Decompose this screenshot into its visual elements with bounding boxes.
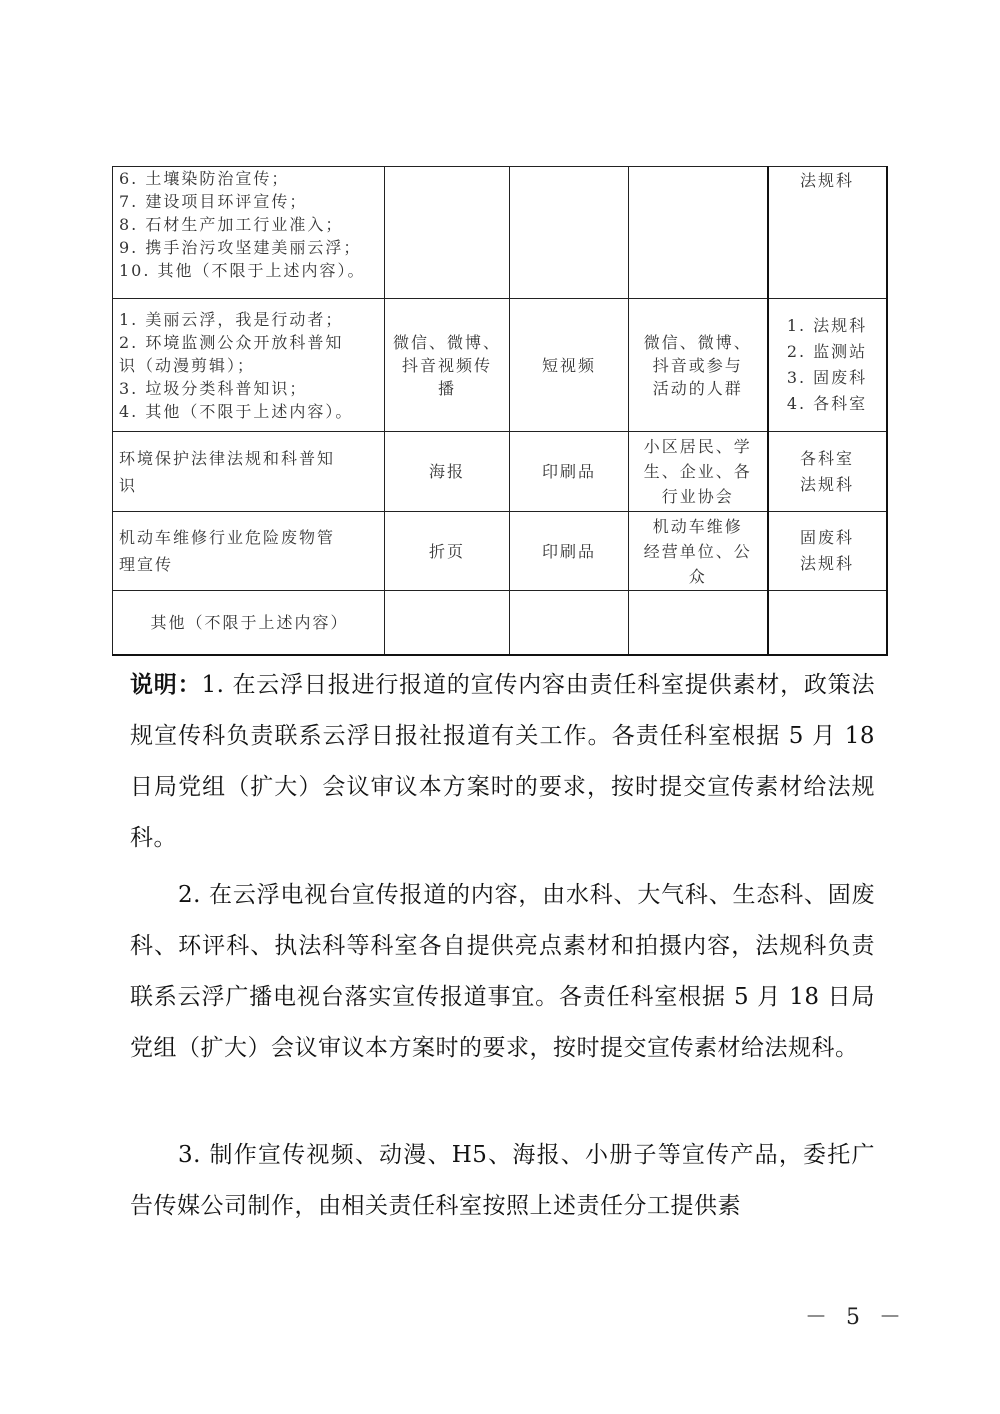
- audience-line: 机动车维修: [629, 514, 767, 539]
- content-line: 8. 石材生产加工行业准入；: [119, 213, 380, 236]
- content-line: 2. 环境监测公众开放科普知: [119, 331, 380, 354]
- note-1: 说明：1. 在云浮日报进行报道的宣传内容由责任科室提供素材，政策法规宣传科负责联…: [130, 660, 875, 864]
- content-cell: 其他（不限于上述内容）: [113, 591, 385, 655]
- department-cell: 法规科: [768, 167, 887, 299]
- channel-cell: 海报: [385, 432, 510, 512]
- content-line: 4. 其他（不限于上述内容）。: [119, 400, 380, 423]
- audience-cell: [629, 591, 768, 655]
- channel-cell: 折页: [385, 512, 510, 591]
- channel-line: 抖音视频传: [385, 354, 509, 377]
- content-line: 10. 其他（不限于上述内容）。: [119, 259, 380, 282]
- form-cell: [510, 167, 629, 299]
- audience-line: 众: [629, 564, 767, 589]
- form-cell: 印刷品: [510, 432, 629, 512]
- notes-label: 说明：: [130, 672, 201, 698]
- audience-line: 活动的人群: [629, 377, 767, 400]
- channel-line: 播: [385, 377, 509, 400]
- note-2: 2. 在云浮电视台宣传报道的内容，由水科、大气科、生态科、固废科、环评科、执法科…: [130, 870, 875, 1074]
- table-row: 机动车维修行业危险废物管 理宣传 折页 印刷品 机动车维修 经营单位、公 众 固…: [113, 512, 887, 591]
- content-line: 理宣传: [119, 551, 380, 578]
- department-cell: [768, 591, 887, 655]
- content-cell: 机动车维修行业危险废物管 理宣传: [113, 512, 385, 591]
- department-line: 各科室: [769, 446, 886, 472]
- audience-line: 小区居民、学: [629, 434, 767, 459]
- content-cell: 环境保护法律法规和科普知 识: [113, 432, 385, 512]
- content-line: 6. 土壤染防治宣传；: [119, 167, 380, 190]
- department-cell: 固废科 法规科: [768, 512, 887, 591]
- form-cell: [510, 591, 629, 655]
- content-line: 3. 垃圾分类科普知识；: [119, 377, 380, 400]
- department-line: 4. 各科室: [769, 391, 886, 417]
- content-cell: 6. 土壤染防治宣传； 7. 建设项目环评宣传； 8. 石材生产加工行业准入； …: [113, 167, 385, 299]
- channel-cell: 微信、微博、 抖音视频传 播: [385, 299, 510, 432]
- content-line: 9. 携手治污攻坚建美丽云浮；: [119, 236, 380, 259]
- channel-line: 微信、微博、: [385, 331, 509, 354]
- content-line: 机动车维修行业危险废物管: [119, 524, 380, 551]
- audience-line: 微信、微博、: [629, 331, 767, 354]
- audience-line: 行业协会: [629, 484, 767, 509]
- content-line: 环境保护法律法规和科普知: [119, 445, 380, 472]
- department-line: 法规科: [769, 472, 886, 498]
- content-line: 1. 美丽云浮，我是行动者；: [119, 308, 380, 331]
- note-3: 3. 制作宣传视频、动漫、H5、海报、小册子等宣传产品，委托广告传媒公司制作，由…: [130, 1130, 875, 1232]
- department-line: 固废科: [769, 525, 886, 551]
- form-cell: 印刷品: [510, 512, 629, 591]
- table-row: 环境保护法律法规和科普知 识 海报 印刷品 小区居民、学 生、企业、各 行业协会…: [113, 432, 887, 512]
- audience-cell: 小区居民、学 生、企业、各 行业协会: [629, 432, 768, 512]
- audience-line: 抖音或参与: [629, 354, 767, 377]
- page-number: － 5 －: [805, 1300, 907, 1331]
- table-row: 6. 土壤染防治宣传； 7. 建设项目环评宣传； 8. 石材生产加工行业准入； …: [113, 167, 887, 299]
- content-line: 识: [119, 472, 380, 499]
- department-cell: 各科室 法规科: [768, 432, 887, 512]
- audience-cell: [629, 167, 768, 299]
- department-cell: 1. 法规科 2. 监测站 3. 固废科 4. 各科室: [768, 299, 887, 432]
- table-row: 其他（不限于上述内容）: [113, 591, 887, 655]
- department-line: 法规科: [769, 551, 886, 577]
- department-line: 1. 法规科: [769, 313, 886, 339]
- audience-line: 经营单位、公: [629, 539, 767, 564]
- channel-cell: [385, 591, 510, 655]
- note-1-text: 1. 在云浮日报进行报道的宣传内容由责任科室提供素材，政策法规宣传科负责联系云浮…: [130, 672, 875, 851]
- table-row: 1. 美丽云浮，我是行动者； 2. 环境监测公众开放科普知 识（动漫剪辑）； 3…: [113, 299, 887, 432]
- department-line: 2. 监测站: [769, 339, 886, 365]
- channel-cell: [385, 167, 510, 299]
- content-cell: 1. 美丽云浮，我是行动者； 2. 环境监测公众开放科普知 识（动漫剪辑）； 3…: [113, 299, 385, 432]
- content-line: 识（动漫剪辑）；: [119, 354, 380, 377]
- content-line: 7. 建设项目环评宣传；: [119, 190, 380, 213]
- publicity-plan-table: 6. 土壤染防治宣传； 7. 建设项目环评宣传； 8. 石材生产加工行业准入； …: [112, 166, 888, 656]
- department-line: 3. 固废科: [769, 365, 886, 391]
- content-line: 其他（不限于上述内容）: [119, 611, 380, 634]
- audience-line: 生、企业、各: [629, 459, 767, 484]
- audience-cell: 微信、微博、 抖音或参与 活动的人群: [629, 299, 768, 432]
- form-cell: 短视频: [510, 299, 629, 432]
- audience-cell: 机动车维修 经营单位、公 众: [629, 512, 768, 591]
- department-line: 法规科: [769, 169, 886, 192]
